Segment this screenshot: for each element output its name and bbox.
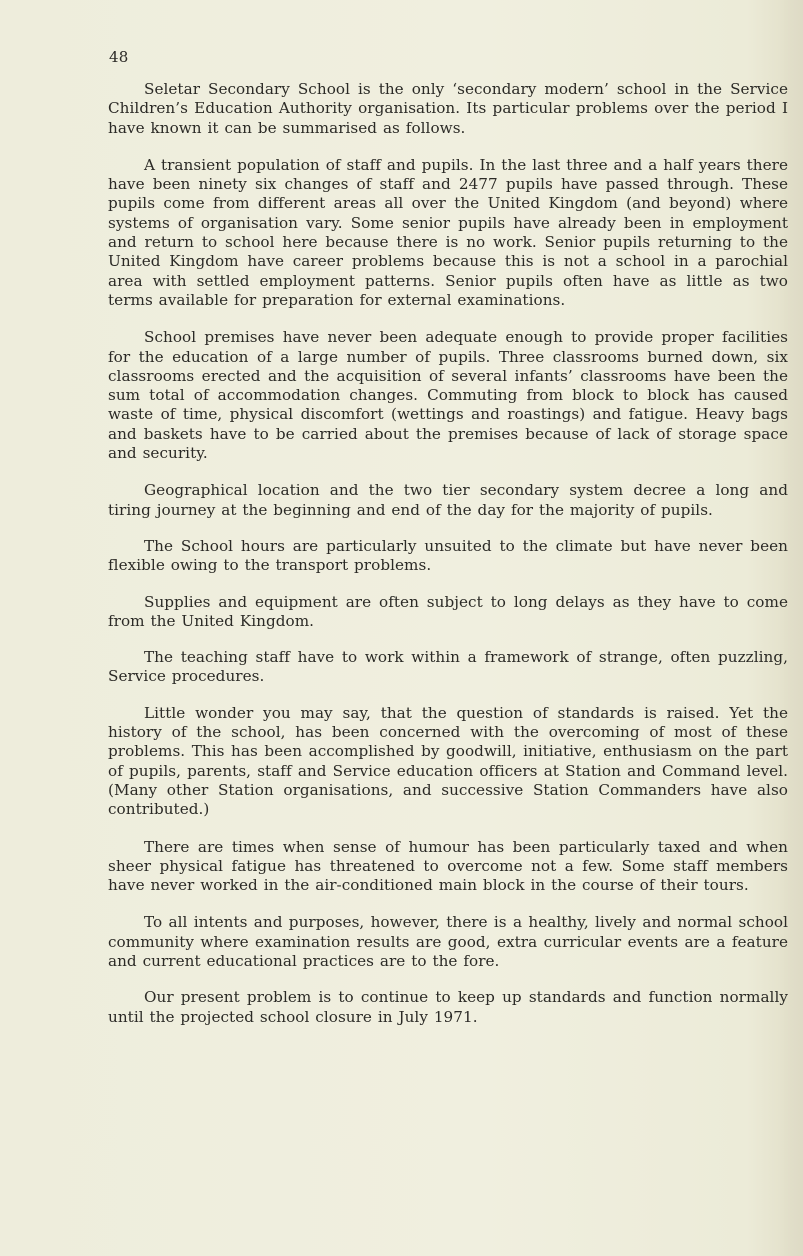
paragraph-school-premises: School premises have never been adequate… xyxy=(108,328,788,463)
paragraph-supplies: Supplies and equipment are often subject… xyxy=(108,593,788,632)
scanned-page: 48 Seletar Secondary School is the only … xyxy=(0,0,803,1256)
body-text: Seletar Secondary School is the only ‘se… xyxy=(108,80,788,1027)
paragraph-standards: Little wonder you may say, that the ques… xyxy=(108,704,788,820)
paragraph-transient-population: A transient population of staff and pupi… xyxy=(108,156,788,310)
page-number: 48 xyxy=(109,48,129,66)
paragraph-geographical-location: Geographical location and the two tier s… xyxy=(108,481,788,520)
paragraph-teaching-staff: The teaching staff have to work within a… xyxy=(108,648,788,687)
paragraph-healthy-community: To all intents and purposes, however, th… xyxy=(108,913,788,971)
paragraph-intro: Seletar Secondary School is the only ‘se… xyxy=(108,80,788,138)
paragraph-humour: There are times when sense of humour has… xyxy=(108,838,788,896)
paragraph-school-hours: The School hours are particularly unsuit… xyxy=(108,537,788,576)
paragraph-present-problem: Our present problem is to continue to ke… xyxy=(108,988,788,1027)
